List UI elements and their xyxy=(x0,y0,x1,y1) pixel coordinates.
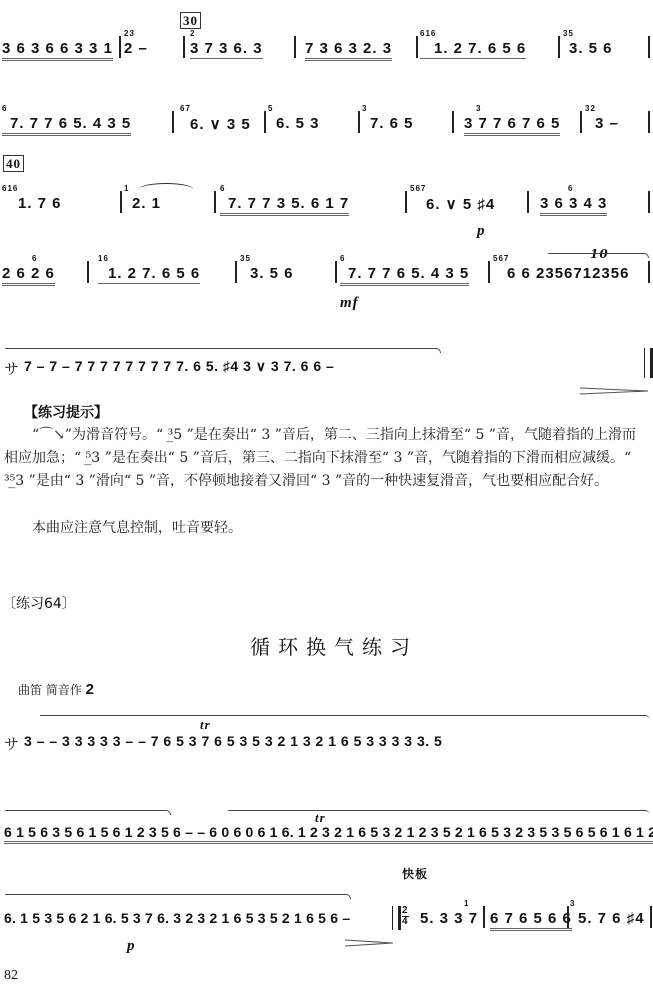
barline xyxy=(183,36,185,58)
measure: 3 7. 6 5 xyxy=(362,115,414,132)
barline xyxy=(358,111,360,133)
measure: 3 3 7 7 6 7 6 5 xyxy=(464,115,560,136)
measure: 6 3 6 3 4 3 xyxy=(540,195,607,216)
free-tempo-mark: サ xyxy=(4,733,20,754)
measure: 23 2 – xyxy=(124,40,148,57)
barline xyxy=(120,191,122,213)
barline xyxy=(488,261,490,283)
grace-note: 3 xyxy=(362,104,367,113)
grace-note: 35 xyxy=(240,254,251,263)
dynamic-marking: p xyxy=(477,223,486,240)
grace-note: 567 xyxy=(493,254,509,263)
grace-note: 3 xyxy=(476,104,481,113)
grace-note: 5 xyxy=(268,104,273,113)
measure: 6 1 5 6 3 5 6 1 5 6 1 2 3 5 6 – – 6 0 6 … xyxy=(4,824,653,844)
slur xyxy=(5,894,351,899)
measure: 2 3 7 3 6. 3 xyxy=(190,40,263,59)
measure: 35 3. 5 6 xyxy=(563,40,613,57)
measure: 616 1. 2 7. 6 5 6 xyxy=(420,40,526,59)
measure: 1 5. 3 3 7 xyxy=(420,910,478,927)
tips-heading: 【练习提示】 xyxy=(24,402,108,422)
barline xyxy=(483,906,485,928)
measure: 616 1. 7 6 xyxy=(2,195,62,212)
decrescendo-hairpin xyxy=(345,938,395,948)
measure: 3 5. 7 6 ♯4 xyxy=(570,910,645,927)
barline xyxy=(648,191,650,213)
exercise-label: 〔练习64〕 xyxy=(2,593,76,613)
grace-note: 616 xyxy=(2,184,18,193)
barline xyxy=(294,36,296,58)
grace-note: 32 xyxy=(585,104,596,113)
barline xyxy=(87,261,89,283)
barline xyxy=(405,191,407,213)
barline xyxy=(335,261,337,283)
time-signature: 2 4 xyxy=(402,906,409,927)
grace-note: 2 xyxy=(190,29,195,38)
grace-note: 35 xyxy=(563,29,574,38)
measure: 7 – 7 – 7 7 7 7 7 7 7 7 7. 6 5. ♯4 3 ∨ 3… xyxy=(24,358,334,375)
rehearsal-mark: 40 xyxy=(3,155,24,172)
tempo-marking: 快板 xyxy=(402,865,428,882)
barline xyxy=(119,36,121,58)
grace-note: 67 xyxy=(180,104,191,113)
measure: 6 7. 7 7 3 5. 6 1 7 xyxy=(220,195,349,216)
grace-note: 1 xyxy=(124,184,129,193)
dynamic-marking: mf xyxy=(340,295,359,312)
measure: 32 3 – xyxy=(585,115,619,132)
barline xyxy=(580,111,582,133)
grace-note: 3 xyxy=(570,899,575,908)
barline xyxy=(648,111,650,133)
barline xyxy=(648,261,650,283)
grace-note: 16 xyxy=(98,254,109,263)
repeat-barline xyxy=(392,906,401,930)
final-barline xyxy=(644,348,653,378)
barline xyxy=(648,36,650,58)
barline xyxy=(567,906,569,928)
measure: 3 – – 3 3 3 3 3 – – 7 6 5 3 7 6 5 3 5 3 … xyxy=(24,733,442,749)
measure: 67 6. ∨ 3 5 xyxy=(180,115,251,133)
grace-note: 616 xyxy=(420,29,436,38)
grace-note: 6 xyxy=(32,254,37,263)
measure: 567 6. ∨ 5 ♯4 xyxy=(410,195,495,213)
barline xyxy=(558,36,560,58)
free-tempo-mark: サ xyxy=(4,358,20,379)
slur xyxy=(548,253,649,258)
slur xyxy=(40,715,650,720)
measure: 6. 1 5 3 5 6 2 1 6. 5 3 7 6. 3 2 3 2 1 6… xyxy=(4,910,350,926)
slur xyxy=(5,810,171,815)
barline xyxy=(235,261,237,283)
tips-paragraph: “⌒↘”为滑音符号。“ ³̲5 ”是在奏出“ 3 ”音后，第二、三指向上抹滑至“… xyxy=(4,424,649,493)
grace-note: 6 xyxy=(220,184,225,193)
decrescendo-hairpin xyxy=(580,386,650,396)
measure: 6 7. 7 7 6 5. 4 3 5 xyxy=(2,115,131,136)
barline xyxy=(214,191,216,213)
barline xyxy=(452,111,454,133)
key-note: 2 xyxy=(86,681,94,698)
tips-paragraph: 本曲应注意气息控制，吐音要轻。 xyxy=(32,517,632,540)
barline xyxy=(172,111,174,133)
measure: 1 2. 1 xyxy=(124,195,161,212)
measure: 567 6 6 2356712356 xyxy=(493,265,629,282)
measure: 7 3 6 3 2. 3 xyxy=(305,40,392,61)
measure: 6 2 6 2 6 xyxy=(2,265,55,286)
dynamic-marking: p xyxy=(127,938,136,955)
measure: 6 7 6 5 6 6 xyxy=(490,910,572,931)
measure: 3 6 3 6 6 3 3 1 xyxy=(2,40,113,61)
grace-note: 6 xyxy=(340,254,345,263)
grace-note: 6 xyxy=(568,184,573,193)
slur xyxy=(228,810,650,815)
slur xyxy=(5,348,441,353)
tie xyxy=(138,183,194,190)
measure: 5 6. 5 3 xyxy=(268,115,320,132)
barline xyxy=(264,111,266,133)
composer-line: 曲笛 简音作 2 xyxy=(18,681,94,698)
barline xyxy=(650,906,652,928)
grace-note: 23 xyxy=(124,29,135,38)
grace-note: 1 xyxy=(464,899,469,908)
measure: 35 3. 5 6 xyxy=(240,265,294,282)
measure: 16 1. 2 7. 6 5 6 xyxy=(98,265,200,284)
grace-note: 6 xyxy=(2,104,7,113)
measure: 6 7. 7 7 6 5. 4 3 5 xyxy=(340,265,469,286)
barline xyxy=(527,191,529,213)
barline xyxy=(416,36,418,58)
trill-mark: tr xyxy=(200,717,211,733)
rehearsal-mark: 30 xyxy=(180,12,201,29)
grace-note: 567 xyxy=(410,184,426,193)
page-number: 82 xyxy=(4,968,18,984)
exercise-title: 循环换气练习 xyxy=(250,631,418,660)
